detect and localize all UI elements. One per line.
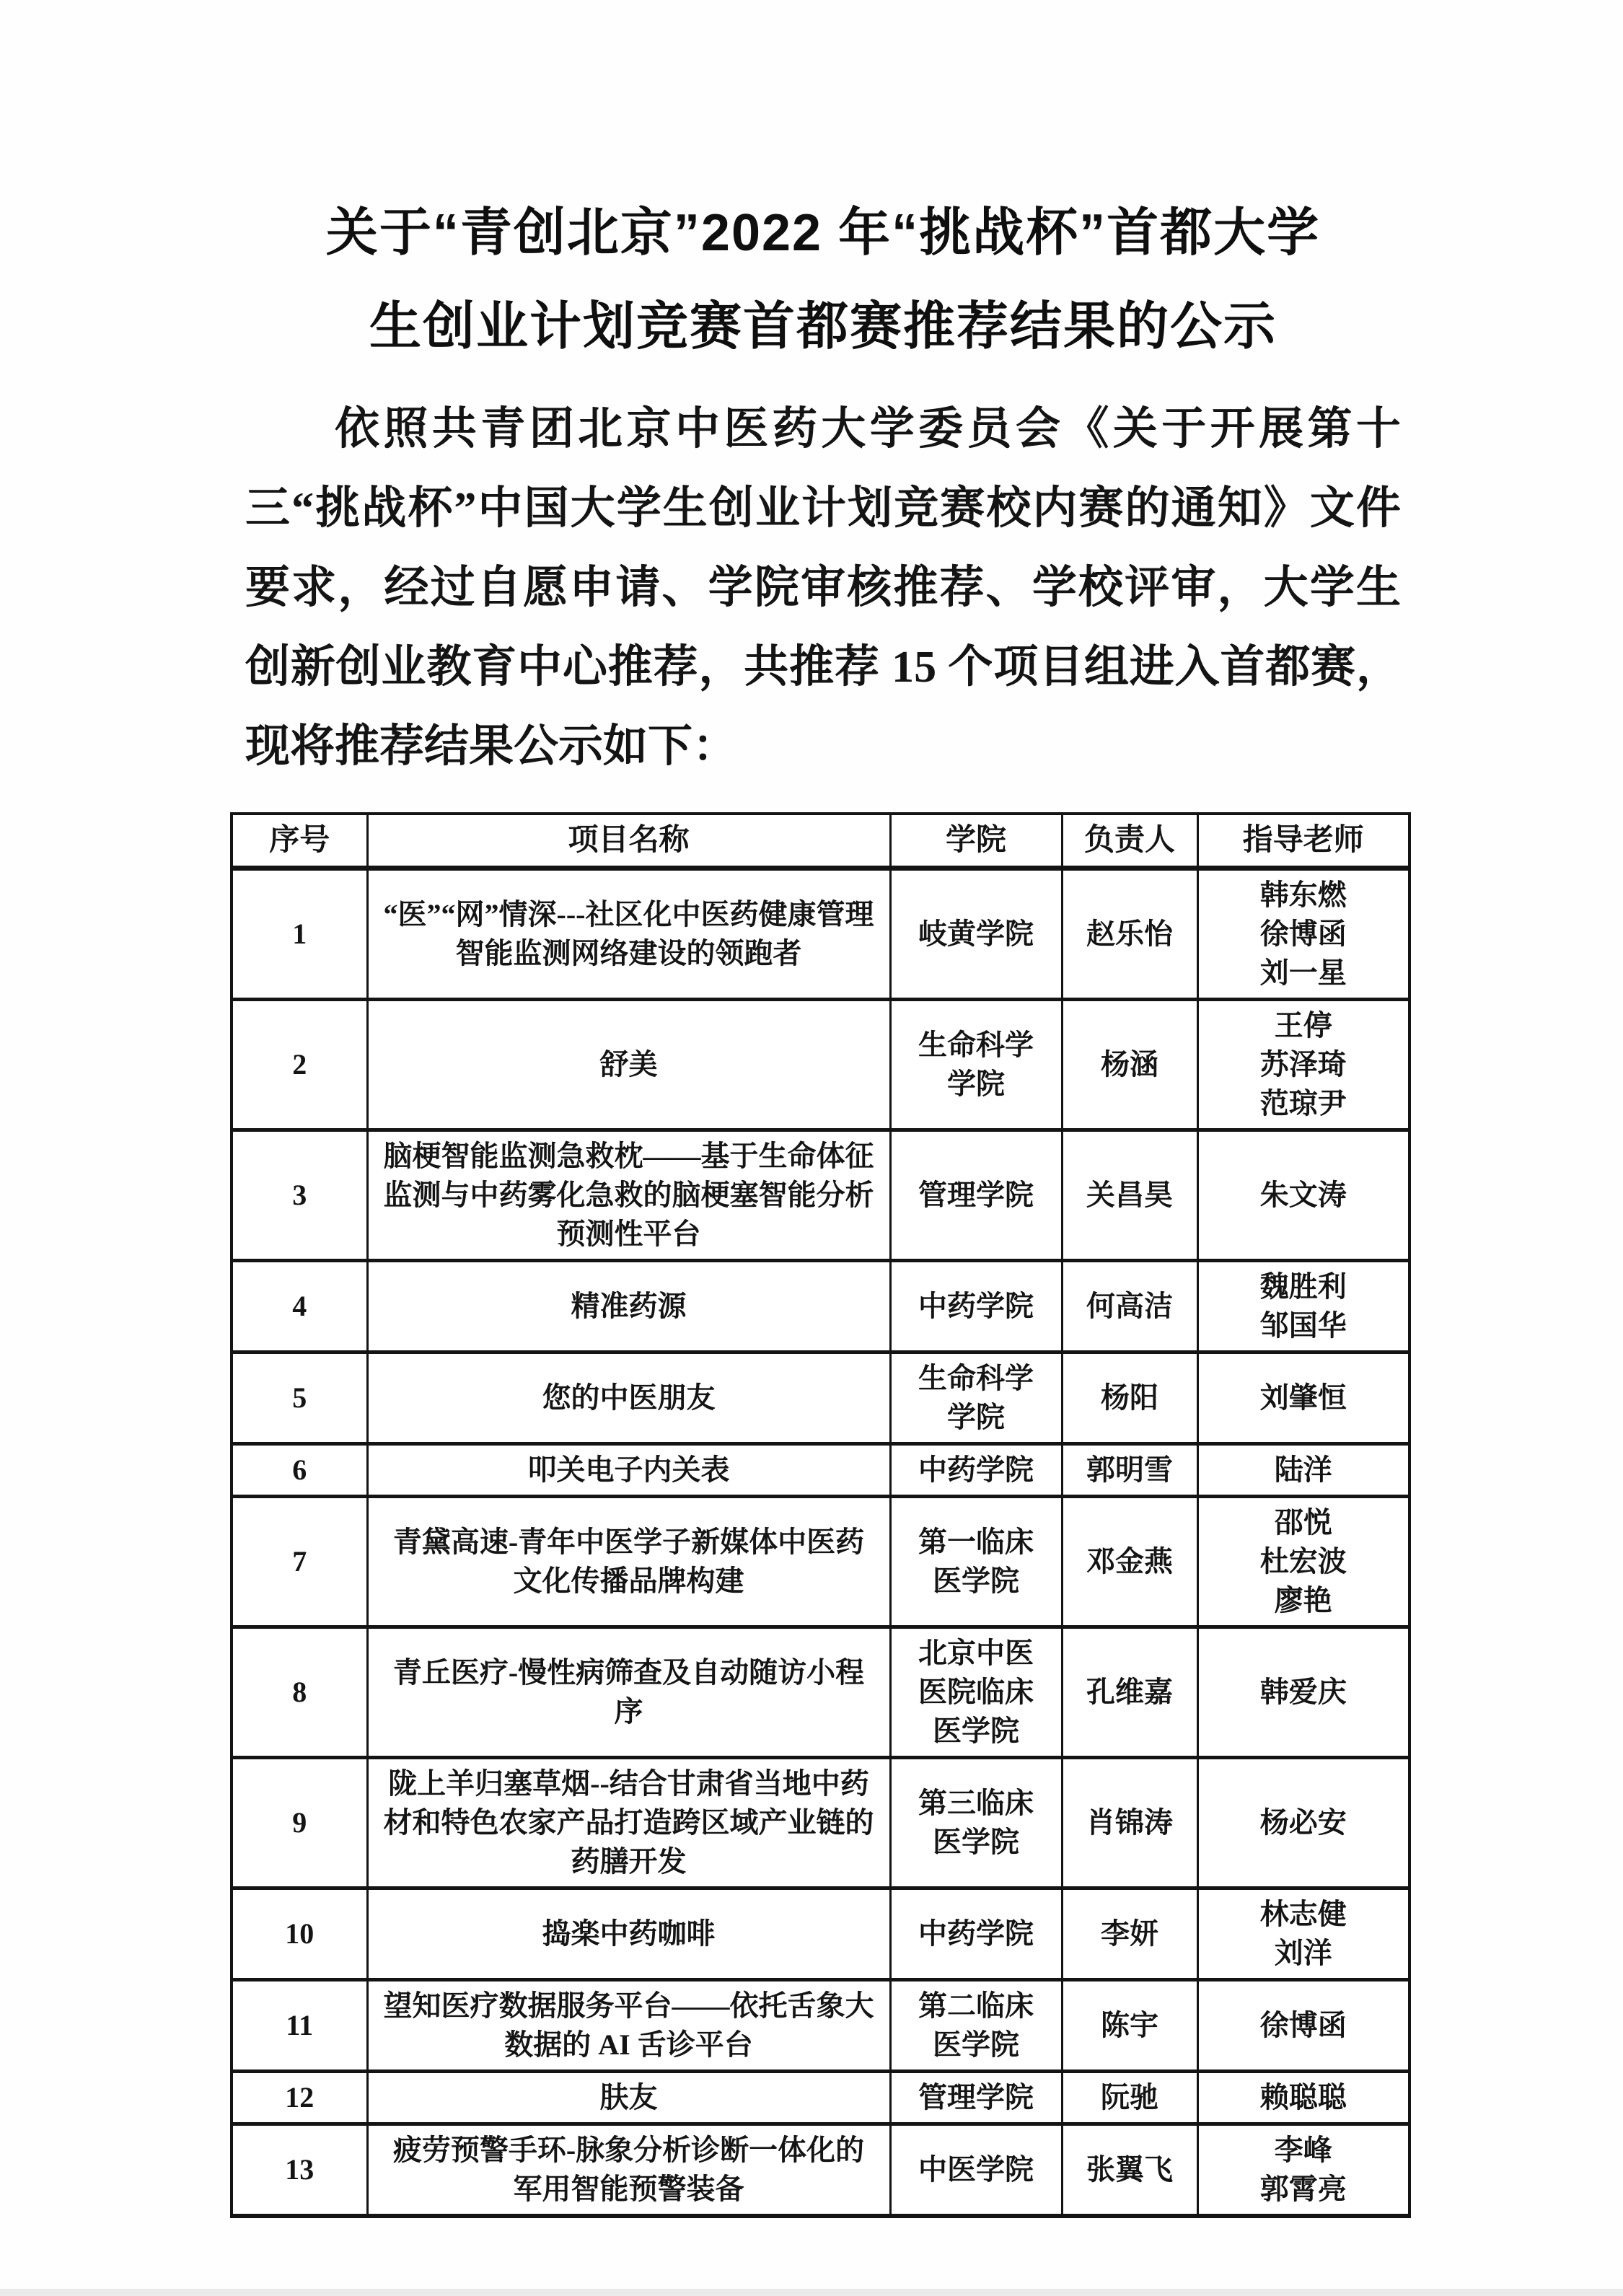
project-name-cell: 叩关电子内关表	[367, 1444, 890, 1497]
document-body: 关于“青创北京”2022 年“挑战杯”首都大学 生创业计划竞赛首都赛推荐结果的公…	[0, 0, 1623, 2218]
header-project-name: 项目名称	[367, 814, 890, 868]
project-name-cell: “医”“网”情深---社区化中医药健康管理智能监测网络建设的领跑者	[367, 868, 890, 1000]
table-row: 10捣楽中药咖啡中药学院李妍林志健 刘洋	[232, 1888, 1409, 1980]
college-cell: 第二临床 医学院	[890, 1980, 1062, 2072]
table-row: 7青黛高速-青年中医学子新媒体中医药文化传播品牌构建第一临床 医学院邓金燕邵悦 …	[232, 1497, 1409, 1627]
row-number-cell: 6	[232, 1444, 367, 1497]
table-row: 6叩关电子内关表中药学院郭明雪陆洋	[232, 1444, 1409, 1497]
leader-cell: 赵乐怡	[1062, 868, 1197, 1000]
project-name-cell: 青黛高速-青年中医学子新媒体中医药文化传播品牌构建	[367, 1497, 890, 1627]
table-row: 13疲劳预警手环-脉象分析诊断一体化的军用智能预警装备中医学院张翼飞李峰 郭霄亮	[232, 2124, 1409, 2217]
project-name-cell: 捣楽中药咖啡	[367, 1888, 890, 1980]
table-row: 11望知医疗数据服务平台——依托舌象大数据的 AI 舌诊平台第二临床 医学院陈宇…	[232, 1980, 1409, 2072]
leader-cell: 何高洁	[1062, 1261, 1197, 1352]
table-row: 3脑梗智能监测急救枕——基于生命体征监测与中药雾化急救的脑梗塞智能分析预测性平台…	[232, 1130, 1409, 1261]
project-name-cell: 精准药源	[367, 1261, 890, 1352]
table-row: 2舒美生命科学 学院杨涵王停 苏泽琦 范琼尹	[232, 1000, 1409, 1130]
leader-cell: 阮驰	[1062, 2072, 1197, 2124]
row-number-cell: 7	[232, 1497, 367, 1627]
row-number-cell: 1	[232, 868, 367, 1000]
leader-cell: 邓金燕	[1062, 1497, 1197, 1627]
table-row: 9陇上羊归塞草烟--结合甘肃省当地中药材和特色农家产品打造跨区域产业链的药膳开发…	[232, 1758, 1409, 1888]
college-cell: 第一临床 医学院	[890, 1497, 1062, 1627]
leader-cell: 郭明雪	[1062, 1444, 1197, 1497]
leader-cell: 杨涵	[1062, 1000, 1197, 1130]
table-body: 1“医”“网”情深---社区化中医药健康管理智能监测网络建设的领跑者岐黄学院赵乐…	[232, 868, 1409, 2217]
project-name-cell: 望知医疗数据服务平台——依托舌象大数据的 AI 舌诊平台	[367, 1980, 890, 2072]
college-cell: 中药学院	[890, 1261, 1062, 1352]
header-advisor: 指导老师	[1197, 814, 1409, 868]
college-cell: 管理学院	[890, 2072, 1062, 2124]
page-title-line-2: 生创业计划竞赛首都赛推荐结果的公示	[245, 280, 1401, 374]
college-cell: 岐黄学院	[890, 868, 1062, 1000]
row-number-cell: 5	[232, 1352, 367, 1444]
project-name-cell: 陇上羊归塞草烟--结合甘肃省当地中药材和特色农家产品打造跨区域产业链的药膳开发	[367, 1758, 890, 1888]
advisors-cell: 魏胜利 邹国华	[1197, 1261, 1409, 1352]
leader-cell: 杨阳	[1062, 1352, 1197, 1444]
header-leader: 负责人	[1062, 814, 1197, 868]
table-row: 12肤友管理学院阮驰赖聪聪	[232, 2072, 1409, 2124]
college-cell: 生命科学 学院	[890, 1352, 1062, 1444]
row-number-cell: 12	[232, 2072, 367, 2124]
project-name-cell: 青丘医疗-慢性病筛查及自动随访小程序	[367, 1627, 890, 1758]
college-cell: 管理学院	[890, 1130, 1062, 1261]
table-header-row: 序号 项目名称 学院 负责人 指导老师	[232, 814, 1409, 868]
project-name-cell: 肤友	[367, 2072, 890, 2124]
table-row: 4精准药源中药学院何高洁魏胜利 邹国华	[232, 1261, 1409, 1352]
row-number-cell: 2	[232, 1000, 367, 1130]
row-number-cell: 13	[232, 2124, 367, 2217]
advisors-cell: 徐博函	[1197, 1980, 1409, 2072]
college-cell: 第三临床 医学院	[890, 1758, 1062, 1888]
leader-cell: 肖锦涛	[1062, 1758, 1197, 1888]
page-bottom-edge	[0, 2289, 1623, 2296]
project-name-cell: 脑梗智能监测急救枕——基于生命体征监测与中药雾化急救的脑梗塞智能分析预测性平台	[367, 1130, 890, 1261]
leader-cell: 李妍	[1062, 1888, 1197, 1980]
advisors-cell: 朱文涛	[1197, 1130, 1409, 1261]
leader-cell: 孔维嘉	[1062, 1627, 1197, 1758]
advisors-cell: 邵悦 杜宏波 廖艳	[1197, 1497, 1409, 1627]
announcement-page: 关于“青创北京”2022 年“挑战杯”首都大学 生创业计划竞赛首都赛推荐结果的公…	[0, 0, 1623, 2296]
project-name-cell: 您的中医朋友	[367, 1352, 890, 1444]
advisors-cell: 刘肇恒	[1197, 1352, 1409, 1444]
row-number-cell: 4	[232, 1261, 367, 1352]
college-cell: 中医学院	[890, 2124, 1062, 2217]
row-number-cell: 9	[232, 1758, 367, 1888]
project-name-cell: 舒美	[367, 1000, 890, 1130]
row-number-cell: 3	[232, 1130, 367, 1261]
college-cell: 北京中医 医院临床 医学院	[890, 1627, 1062, 1758]
page-title: 关于“青创北京”2022 年“挑战杯”首都大学 生创业计划竞赛首都赛推荐结果的公…	[245, 186, 1401, 374]
advisors-cell: 林志健 刘洋	[1197, 1888, 1409, 1980]
project-name-cell: 疲劳预警手环-脉象分析诊断一体化的军用智能预警装备	[367, 2124, 890, 2217]
leader-cell: 张翼飞	[1062, 2124, 1197, 2217]
table-row: 5您的中医朋友生命科学 学院杨阳刘肇恒	[232, 1352, 1409, 1444]
advisors-cell: 韩东燃 徐博函 刘一星	[1197, 868, 1409, 1000]
advisors-cell: 陆洋	[1197, 1444, 1409, 1497]
recommendation-results-table: 序号 项目名称 学院 负责人 指导老师 1“医”“网”情深---社区化中医药健康…	[230, 812, 1411, 2218]
table-header: 序号 项目名称 学院 负责人 指导老师	[232, 814, 1409, 868]
advisors-cell: 王停 苏泽琦 范琼尹	[1197, 1000, 1409, 1130]
college-cell: 生命科学 学院	[890, 1000, 1062, 1130]
header-college: 学院	[890, 814, 1062, 868]
college-cell: 中药学院	[890, 1444, 1062, 1497]
row-number-cell: 8	[232, 1627, 367, 1758]
leader-cell: 关昌昊	[1062, 1130, 1197, 1261]
leader-cell: 陈宇	[1062, 1980, 1197, 2072]
header-serial-number: 序号	[232, 814, 367, 868]
advisors-cell: 韩爱庆	[1197, 1627, 1409, 1758]
intro-paragraph: 依照共青团北京中医药大学委员会《关于开展第十三“挑战杯”中国大学生创业计划竞赛校…	[245, 390, 1401, 786]
college-cell: 中药学院	[890, 1888, 1062, 1980]
row-number-cell: 11	[232, 1980, 367, 2072]
advisors-cell: 李峰 郭霄亮	[1197, 2124, 1409, 2217]
table-row: 8青丘医疗-慢性病筛查及自动随访小程序北京中医 医院临床 医学院孔维嘉韩爱庆	[232, 1627, 1409, 1758]
row-number-cell: 10	[232, 1888, 367, 1980]
advisors-cell: 杨必安	[1197, 1758, 1409, 1888]
table-row: 1“医”“网”情深---社区化中医药健康管理智能监测网络建设的领跑者岐黄学院赵乐…	[232, 868, 1409, 1000]
advisors-cell: 赖聪聪	[1197, 2072, 1409, 2124]
page-title-line-1: 关于“青创北京”2022 年“挑战杯”首都大学	[245, 186, 1401, 280]
